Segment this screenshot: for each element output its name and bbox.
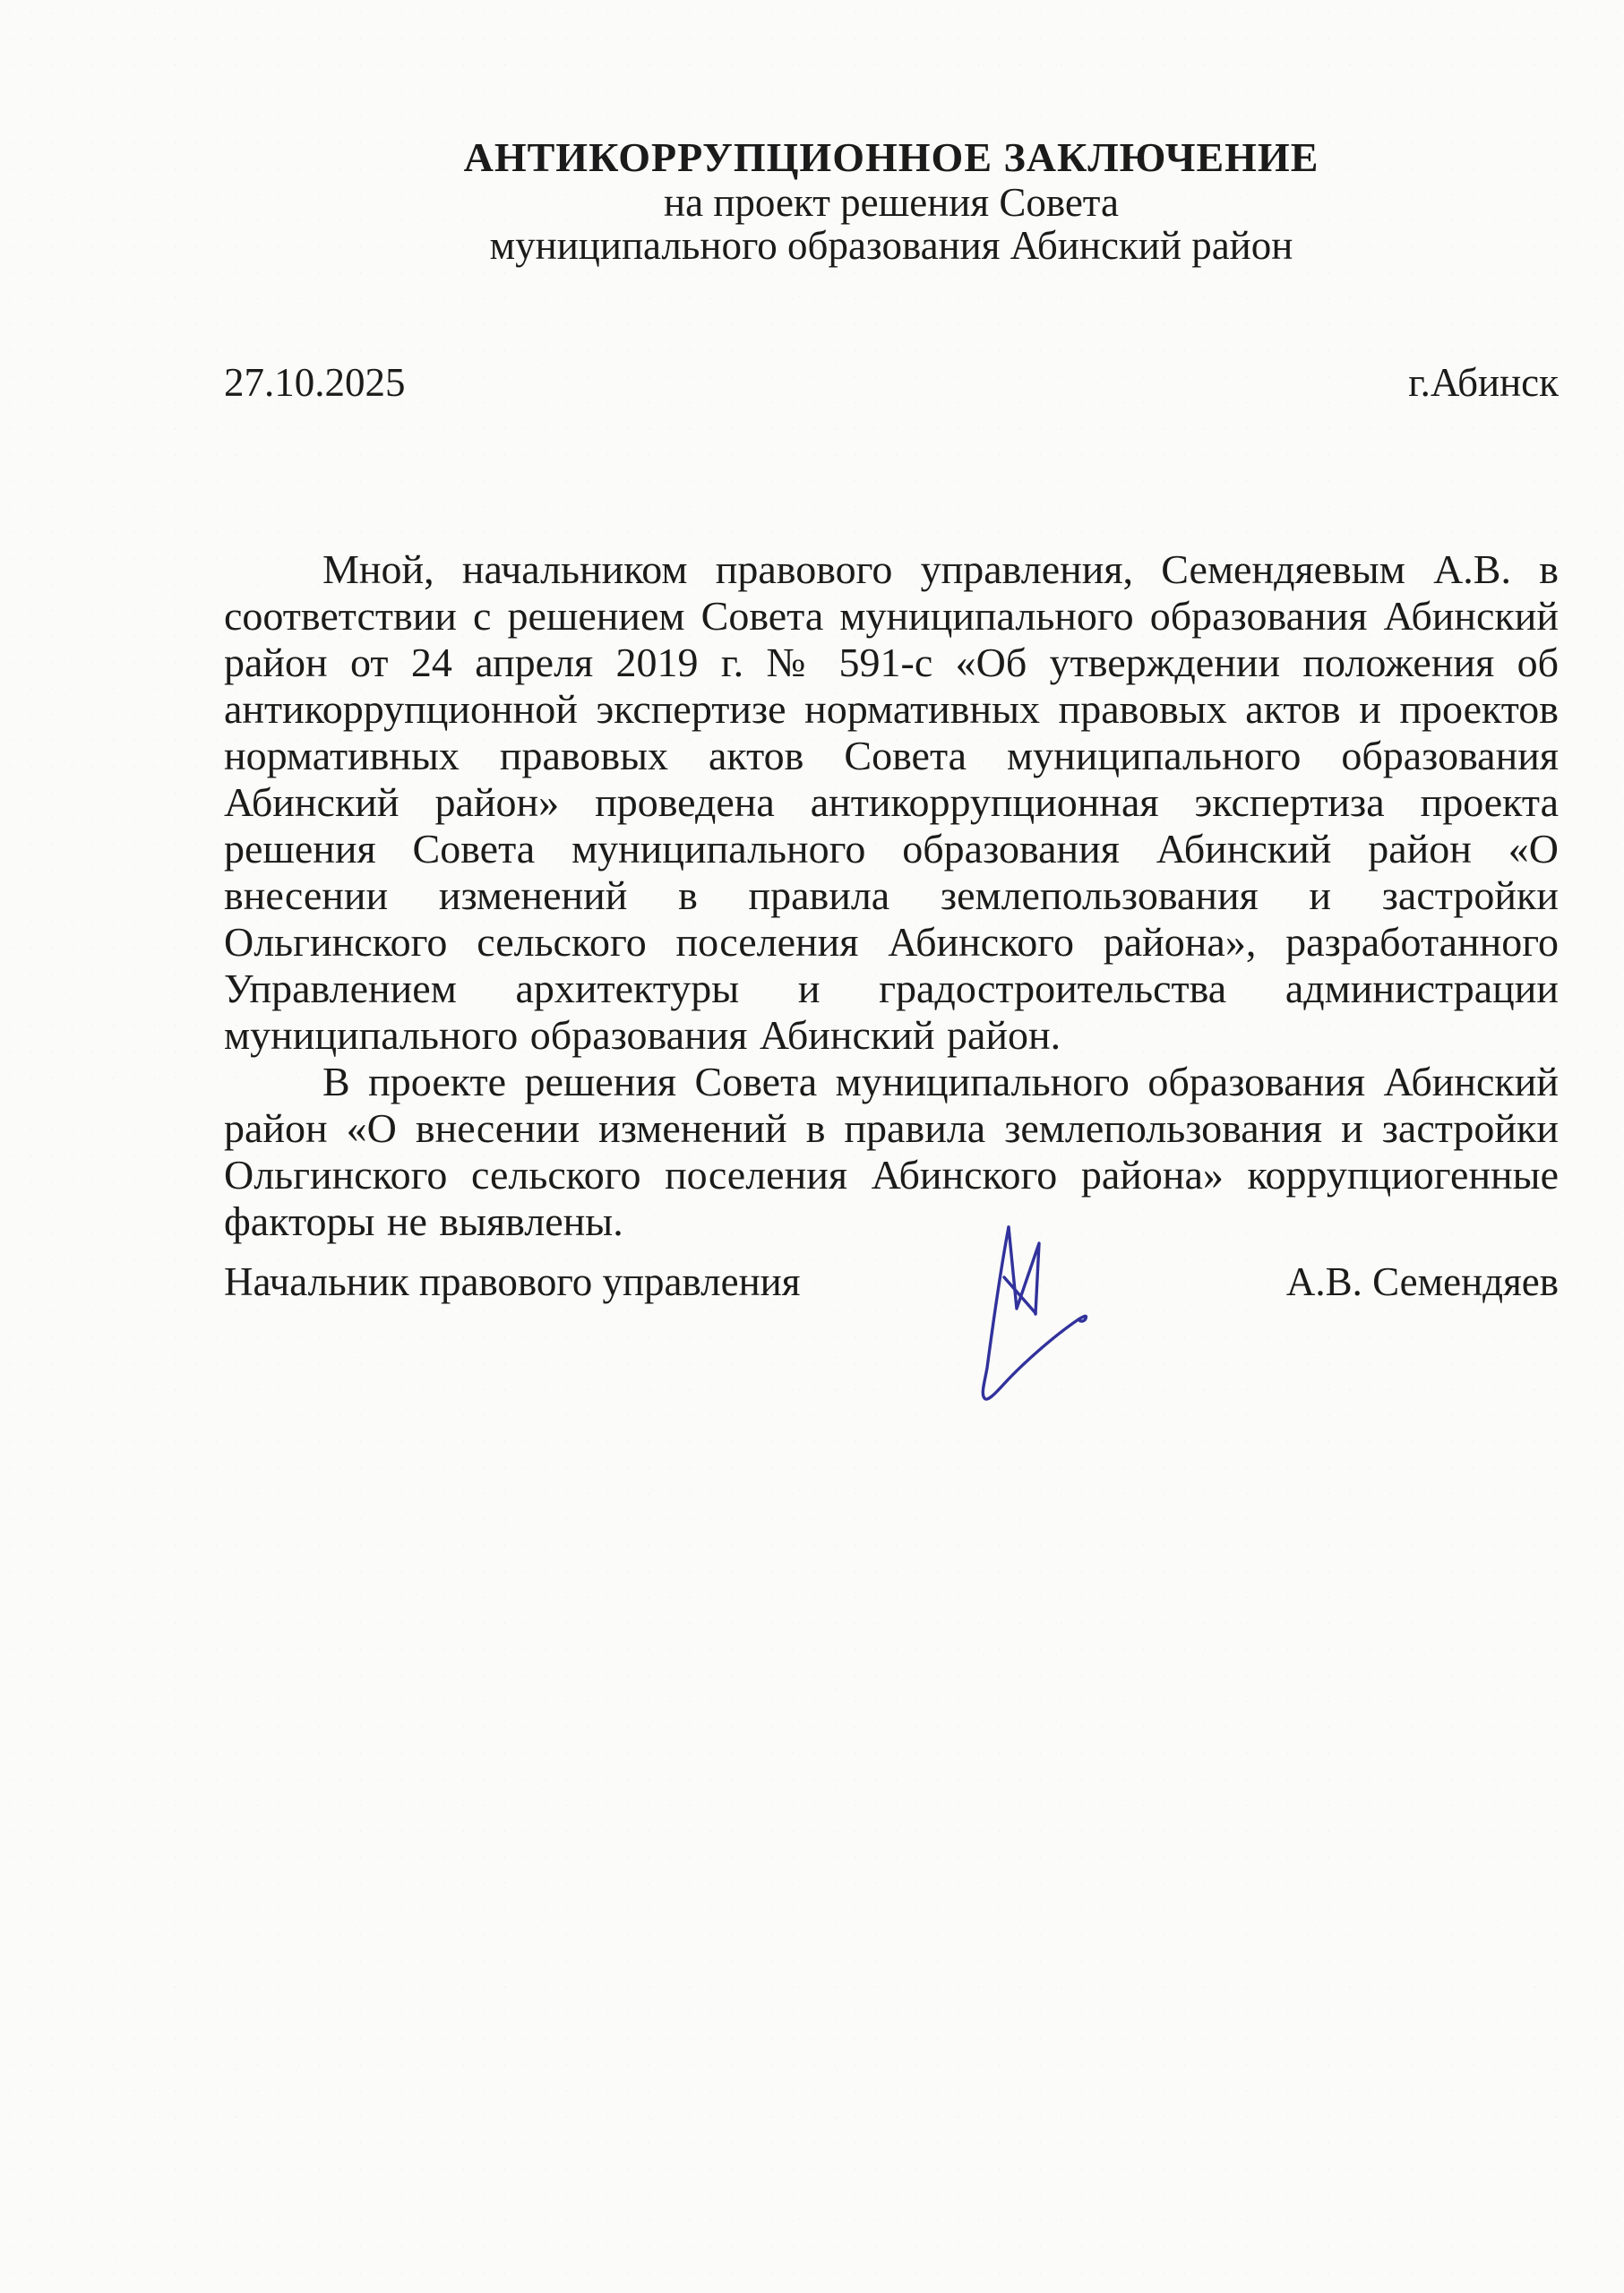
body-paragraph-1: Мной, начальником правового управления, … [224,546,1559,1059]
document-subtitle-line2: муниципального образования Абинский райо… [224,224,1559,267]
document-date: 27.10.2025 [224,360,406,405]
signature-row: Начальник правового управления А.В. Семе… [224,1259,1559,1304]
document-place: г.Абинск [1408,360,1559,405]
body-paragraph-2: В проекте решения Совета муниципального … [224,1059,1559,1245]
document-title: АНТИКОРРУПЦИОННОЕ ЗАКЛЮЧЕНИЕ [224,134,1559,181]
document-body: Мной, начальником правового управления, … [224,546,1559,1245]
signer-name: А.В. Семендяев [1286,1259,1559,1304]
document-subtitle-line1: на проект решения Совета [224,181,1559,224]
document-title-block: АНТИКОРРУПЦИОННОЕ ЗАКЛЮЧЕНИЕ на проект р… [224,134,1559,267]
date-place-row: 27.10.2025 г.Абинск [224,360,1559,405]
signer-position-title: Начальник правового управления [224,1259,800,1304]
document-page: АНТИКОРРУПЦИОННОЕ ЗАКЛЮЧЕНИЕ на проект р… [0,0,1624,2293]
signature-stroke-cross [1004,1277,1035,1313]
handwritten-signature-ink [960,1222,1105,1438]
